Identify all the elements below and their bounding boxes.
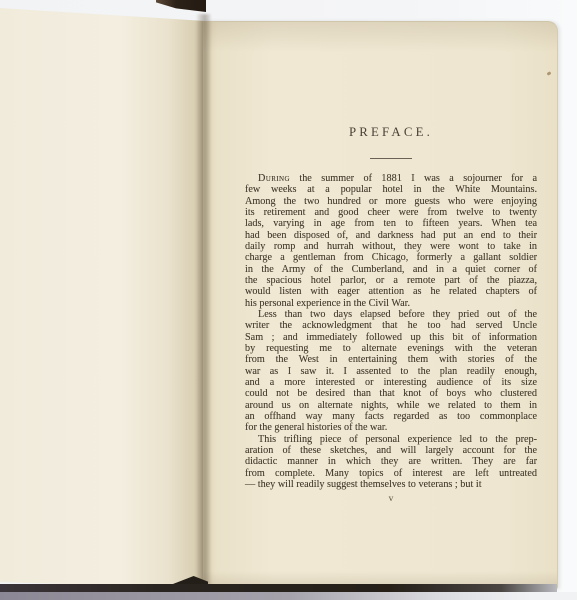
left-page-blank (0, 0, 205, 588)
text-line: had been disposed of, and darkness had p… (245, 230, 537, 241)
text-line: Sam ; and immediately followed up this b… (245, 332, 537, 343)
text-line: an offhand way many facts regarded as to… (245, 411, 537, 422)
text-line: few weeks at a popular hotel in the Whit… (245, 184, 537, 195)
book-under-shadow (0, 592, 577, 600)
text-line: writer the acknowledgment that he too ha… (245, 320, 537, 331)
text-line: charge a gentleman from Chicago, formerl… (245, 252, 537, 263)
book-gutter-shadow (196, 14, 211, 588)
text-line: its retirement and good cheer were from … (245, 207, 537, 218)
paragraph: This trifling piece of personal experien… (245, 434, 537, 491)
text-line: his personal experience in the Civil War… (245, 298, 537, 309)
text-line: aration of these sketches, and will larg… (245, 445, 537, 456)
paragraph: During the summer of 1881 I was a sojour… (245, 173, 537, 309)
text-line: from complete. Many topics of interest a… (245, 468, 537, 479)
text-line: the spacious hotel parlor, or a remote p… (245, 275, 537, 286)
paper-speck (547, 71, 552, 76)
right-page: PREFACE. During the summer of 1881 I was… (203, 21, 558, 589)
title-rule (370, 158, 412, 159)
book-spine-top (156, 0, 206, 12)
small-caps-lead-word: During (258, 173, 290, 184)
text-line: didactic manner in which they are writte… (245, 456, 537, 467)
text-line: and a more interested or interesting aud… (245, 377, 537, 388)
text-line: in the Army of the Cumberland, and in a … (245, 264, 537, 275)
preface-text: During the summer of 1881 I was a sojour… (245, 173, 537, 490)
book-photo-background: PREFACE. During the summer of 1881 I was… (0, 0, 577, 600)
text-line: lads, varying in age from ten to fifteen… (245, 218, 537, 229)
page-number: v (245, 494, 537, 504)
text-line: could not be desired than that knot of b… (245, 388, 537, 399)
text-line: daily romp and hurrah without, they were… (245, 241, 537, 252)
text-line: around us on alternate nights, while we … (245, 400, 537, 411)
text-line: — they will readily suggest themselves t… (245, 479, 537, 490)
text-line: Less than two days elapsed before they p… (245, 309, 537, 320)
text-line: for the general histories of the war. (245, 422, 537, 433)
text-line: war as I saw it. I assented to the plan … (245, 366, 537, 377)
text-line: This trifling piece of personal experien… (245, 434, 537, 445)
paragraph: Less than two days elapsed before they p… (245, 309, 537, 434)
text-line: by requesting me to alternate evenings w… (245, 343, 537, 354)
text-line: Among the two hundred or more guests who… (245, 196, 537, 207)
text-line: from the West in entertaining them with … (245, 354, 537, 365)
text-line: During the summer of 1881 I was a sojour… (245, 173, 537, 184)
text-line: would listen with eager attention as he … (245, 286, 537, 297)
page-title: PREFACE. (245, 125, 537, 140)
